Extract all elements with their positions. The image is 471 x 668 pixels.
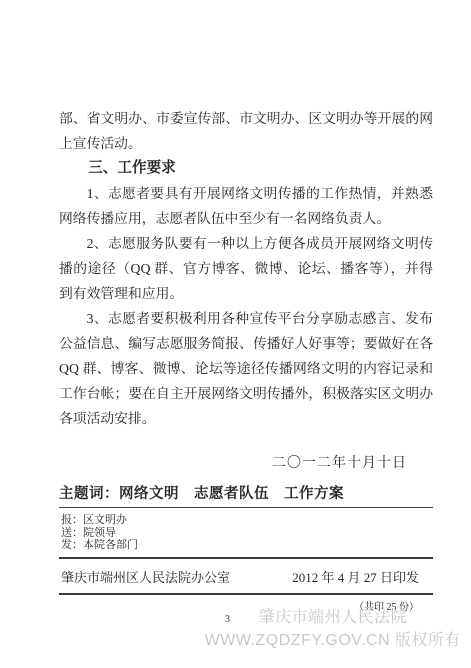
document-body: 部、省文明办、市委宣传部、市文明办、区文明办等开展的网上宣传活动。 三、工作要求…: [59, 106, 433, 613]
section-heading: 三、工作要求: [59, 156, 433, 181]
document-date: 二〇一二年十月十日: [59, 452, 407, 472]
cc-block: 报：区文明办 送：院领导 发：本院各部门: [59, 508, 433, 559]
work-requirement-item-2: 2、志愿服务队要有一种以上方便各成员开展网络文明传播的途径（QQ 群、官方博客、…: [59, 231, 433, 306]
work-requirement-item-1: 1、志愿者要具有开展网络文明传播的工作热情，并熟悉网络传播应用，志愿者队伍中至少…: [59, 181, 433, 231]
cc-line-report: 报：区文明办: [61, 514, 433, 527]
print-date: 2012 年 4 月 27 日印发: [292, 567, 419, 586]
cc-line-distribute: 发：本院各部门: [61, 539, 433, 552]
issuer-office: 肇庆市端州区人民法院办公室: [61, 567, 230, 586]
subject-keywords-line: 主题词：网络文明 志愿者队伍 工作方案: [59, 482, 433, 508]
watermark: 肇庆市端州人民法院 WWW.ZQDZFY.GOV.CN 版权所有: [205, 606, 461, 652]
paragraph-continuation: 部、省文明办、市委宣传部、市文明办、区文明办等开展的网上宣传活动。: [59, 106, 433, 156]
work-requirement-item-3: 3、志愿者要积极利用各种宣传平台分享励志感言、发布公益信息、编写志愿服务简报、传…: [59, 306, 433, 431]
watermark-court-name: 肇庆市端州人民法院: [205, 606, 461, 629]
issuer-row: 肇庆市端州区人民法院办公室 2012 年 4 月 27 日印发: [59, 559, 433, 595]
watermark-site-copyright: WWW.ZQDZFY.GOV.CN 版权所有: [205, 629, 461, 652]
cc-line-send: 送：院领导: [61, 527, 433, 540]
document-page: 部、省文明办、市委宣传部、市文明办、区文明办等开展的网上宣传活动。 三、工作要求…: [0, 0, 471, 668]
